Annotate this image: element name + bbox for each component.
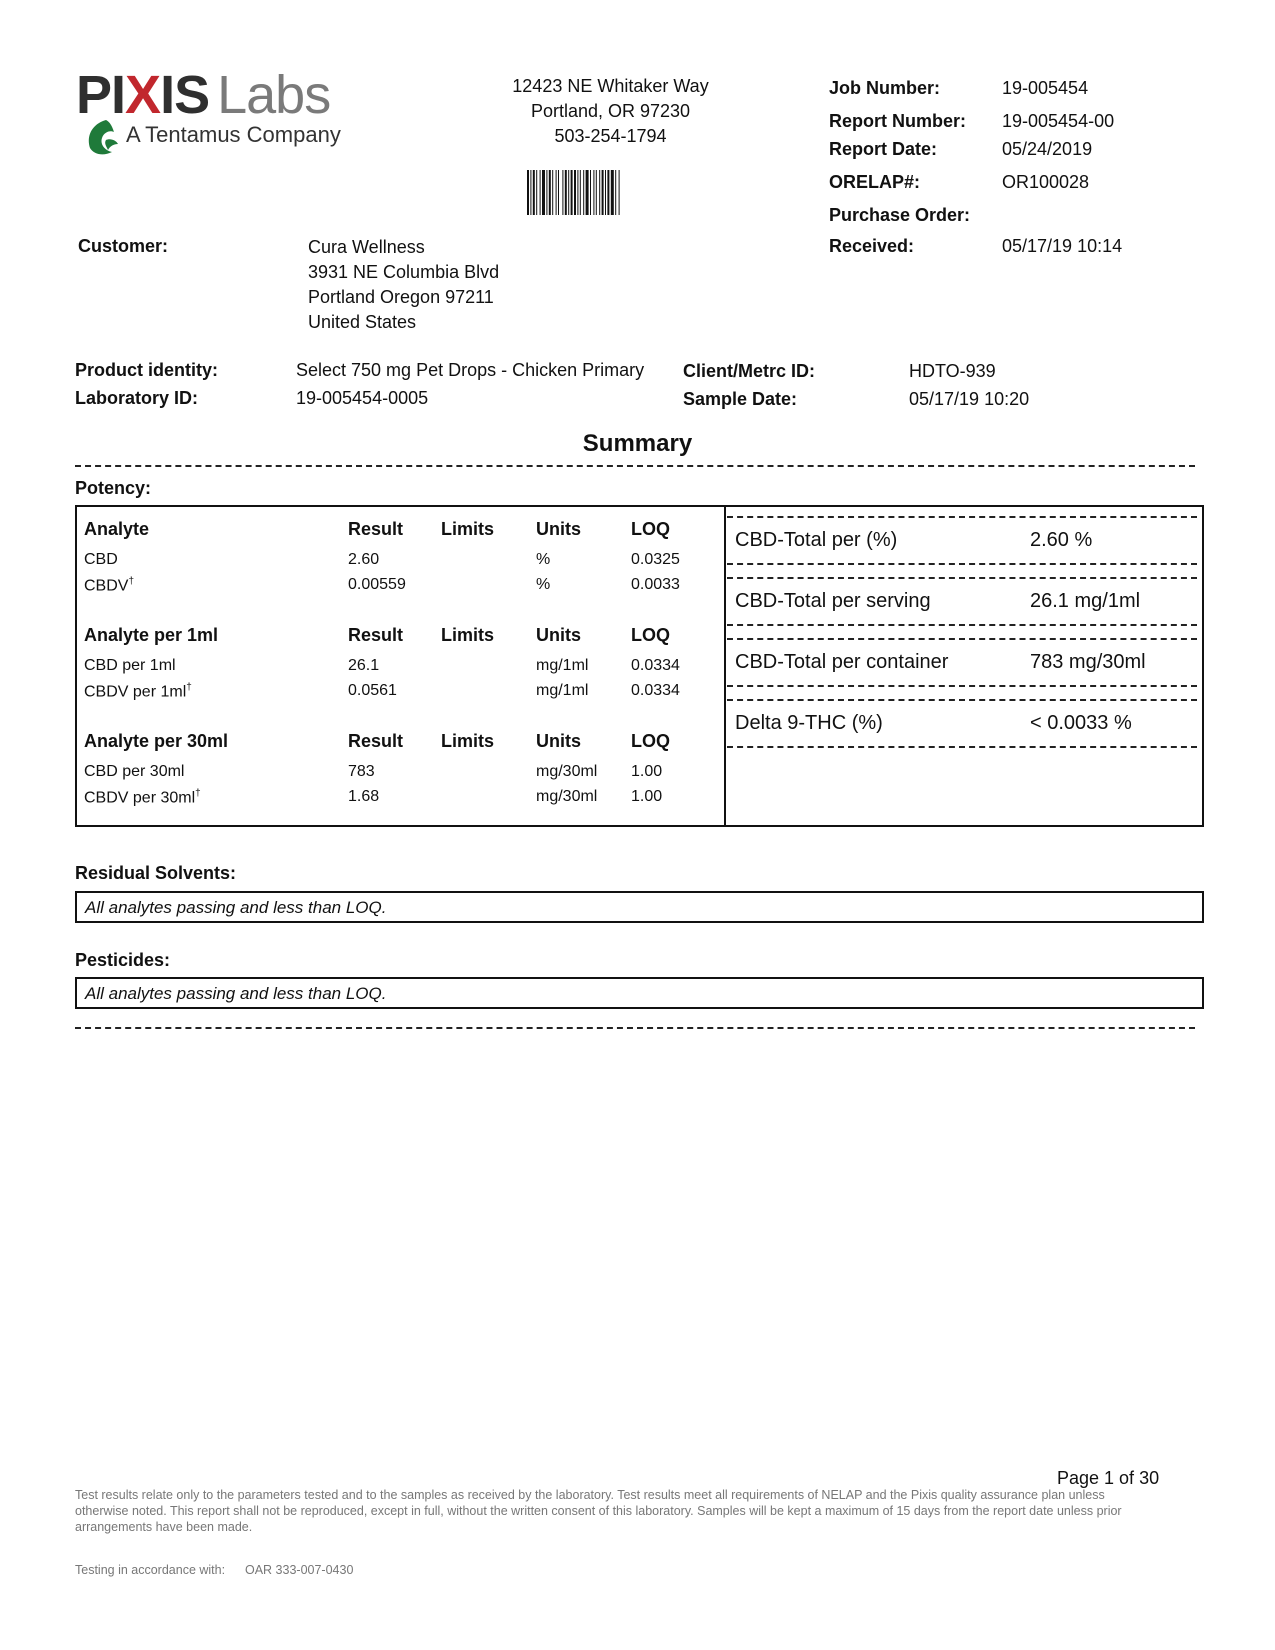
total-label: CBD-Total per serving xyxy=(735,590,931,613)
total-divider xyxy=(727,685,1197,687)
barcode xyxy=(527,170,668,215)
report-info-label: Report Number: xyxy=(829,111,966,132)
lab-phone: 503-254-1794 xyxy=(503,124,718,149)
total-divider xyxy=(727,699,1197,701)
customer-address-line: Cura Wellness xyxy=(308,237,425,258)
customer-address-line: 3931 NE Columbia Blvd xyxy=(308,262,499,283)
column-header: Result xyxy=(348,731,403,752)
logo-text-x: X xyxy=(125,65,160,125)
dagger-footnote-mark: † xyxy=(195,788,201,799)
units-value: % xyxy=(536,576,550,594)
product-identity-label: Product identity: xyxy=(75,360,218,381)
customer-address-line: United States xyxy=(308,312,416,333)
units-value: mg/30ml xyxy=(536,763,597,781)
sample-date-label: Sample Date: xyxy=(683,389,797,410)
analyte-name: CBD xyxy=(84,551,118,569)
logo-tagline: A Tentamus Company xyxy=(126,124,341,146)
column-header: Limits xyxy=(441,625,494,646)
customer-address-line: Portland Oregon 97211 xyxy=(308,287,494,308)
analyte-group-header: Analyte per 1ml xyxy=(84,625,218,646)
laboratory-id-value: 19-005454-0005 xyxy=(296,388,428,409)
total-divider xyxy=(727,624,1197,626)
report-info-value: 05/17/19 10:14 xyxy=(1002,236,1122,257)
potency-label: Potency: xyxy=(75,478,151,499)
report-info-label: Received: xyxy=(829,236,914,257)
units-value: mg/30ml xyxy=(536,788,597,806)
sample-date-value: 05/17/19 10:20 xyxy=(909,389,1029,410)
column-header: LOQ xyxy=(631,519,670,540)
column-header: LOQ xyxy=(631,731,670,752)
page-number: Page 1 of 30 xyxy=(1057,1468,1159,1489)
lab-logo: PIXISLabs xyxy=(76,68,330,122)
footer-disclaimer: Test results relate only to the paramete… xyxy=(75,1487,1155,1535)
residual-solvents-box: All analytes passing and less than LOQ. xyxy=(75,891,1204,923)
pesticides-result: All analytes passing and less than LOQ. xyxy=(85,984,386,1004)
column-header: Units xyxy=(536,731,581,752)
dagger-footnote-mark: † xyxy=(128,576,134,587)
summary-title: Summary xyxy=(0,430,1275,458)
analyte-name: CBD per 1ml xyxy=(84,657,176,675)
accordance-label: Testing in accordance with: xyxy=(75,1563,225,1577)
report-info-value: OR100028 xyxy=(1002,172,1089,193)
loq-value: 0.0334 xyxy=(631,657,680,675)
total-divider xyxy=(727,577,1197,579)
column-header: Units xyxy=(536,625,581,646)
result-value: 26.1 xyxy=(348,657,379,675)
units-value: mg/1ml xyxy=(536,657,588,675)
loq-value: 0.0334 xyxy=(631,682,680,700)
result-value: 2.60 xyxy=(348,551,379,569)
report-info-value: 19-005454-00 xyxy=(1002,111,1114,132)
analyte-group-header: Analyte per 30ml xyxy=(84,731,228,752)
units-value: % xyxy=(536,551,550,569)
total-label: Delta 9-THC (%) xyxy=(735,712,883,735)
column-header: Result xyxy=(348,625,403,646)
dagger-footnote-mark: † xyxy=(186,682,192,693)
total-label: CBD-Total per (%) xyxy=(735,529,897,552)
total-label: CBD-Total per container xyxy=(735,651,948,674)
loq-value: 1.00 xyxy=(631,763,662,781)
column-header: LOQ xyxy=(631,625,670,646)
analyte-name: CBDV per 30ml† xyxy=(84,788,201,807)
units-value: mg/1ml xyxy=(536,682,588,700)
analyte-name: CBDV† xyxy=(84,576,134,595)
result-value: 0.0561 xyxy=(348,682,397,700)
residual-solvents-result: All analytes passing and less than LOQ. xyxy=(85,898,386,918)
analyte-name-text: CBD per 30ml xyxy=(84,763,184,780)
total-value: 26.1 mg/1ml xyxy=(1030,590,1140,613)
total-value: 2.60 % xyxy=(1030,529,1092,552)
pesticides-label: Pesticides: xyxy=(75,950,170,971)
result-value: 1.68 xyxy=(348,788,379,806)
report-info-label: Job Number: xyxy=(829,78,940,99)
loq-value: 0.0325 xyxy=(631,551,680,569)
lab-address-line2: Portland, OR 97230 xyxy=(503,99,718,124)
analyte-name-text: CBDV per 1ml xyxy=(84,683,186,700)
report-info-label: Report Date: xyxy=(829,139,937,160)
analyte-name-text: CBDV per 30ml xyxy=(84,789,195,806)
pesticides-box: All analytes passing and less than LOQ. xyxy=(75,977,1204,1009)
report-info-label: ORELAP#: xyxy=(829,172,920,193)
logo-text-labs: Labs xyxy=(217,65,330,125)
accordance-value: OAR 333-007-0430 xyxy=(245,1563,353,1577)
total-divider xyxy=(727,638,1197,640)
analyte-name-text: CBDV xyxy=(84,577,128,594)
analyte-name-text: CBD per 1ml xyxy=(84,657,176,674)
column-header: Limits xyxy=(441,731,494,752)
total-divider xyxy=(727,516,1197,518)
loq-value: 0.0033 xyxy=(631,576,680,594)
potency-table-divider xyxy=(724,505,726,827)
divider-dashed xyxy=(75,465,1195,467)
column-header: Result xyxy=(348,519,403,540)
client-metrc-label: Client/Metrc ID: xyxy=(683,361,815,382)
product-identity-value: Select 750 mg Pet Drops - Chicken Primar… xyxy=(296,360,644,381)
laboratory-id-label: Laboratory ID: xyxy=(75,388,198,409)
tentamus-leaf-icon xyxy=(84,118,120,156)
total-divider xyxy=(727,563,1197,565)
result-value: 0.00559 xyxy=(348,576,406,594)
report-info-value: 05/24/2019 xyxy=(1002,139,1092,160)
summary-title-text: Summary xyxy=(583,430,692,457)
column-header: Limits xyxy=(441,519,494,540)
analyte-name: CBDV per 1ml† xyxy=(84,682,192,701)
report-info-value: 19-005454 xyxy=(1002,78,1088,99)
divider-dashed-bottom xyxy=(75,1027,1195,1029)
lab-address-line1: 12423 NE Whitaker Way xyxy=(503,74,718,99)
result-value: 783 xyxy=(348,763,375,781)
total-divider xyxy=(727,746,1197,748)
analyte-name: CBD per 30ml xyxy=(84,763,184,781)
report-info-label: Purchase Order: xyxy=(829,205,970,226)
logo-text-is: IS xyxy=(160,65,209,125)
total-value: < 0.0033 % xyxy=(1030,712,1132,735)
loq-value: 1.00 xyxy=(631,788,662,806)
residual-solvents-label: Residual Solvents: xyxy=(75,863,236,884)
analyte-group-header: Analyte xyxy=(84,519,149,540)
total-value: 783 mg/30ml xyxy=(1030,651,1146,674)
customer-label: Customer: xyxy=(78,236,168,257)
client-metrc-value: HDTO-939 xyxy=(909,361,996,382)
logo-text-pi: PI xyxy=(76,65,125,125)
column-header: Units xyxy=(536,519,581,540)
analyte-name-text: CBD xyxy=(84,551,118,568)
